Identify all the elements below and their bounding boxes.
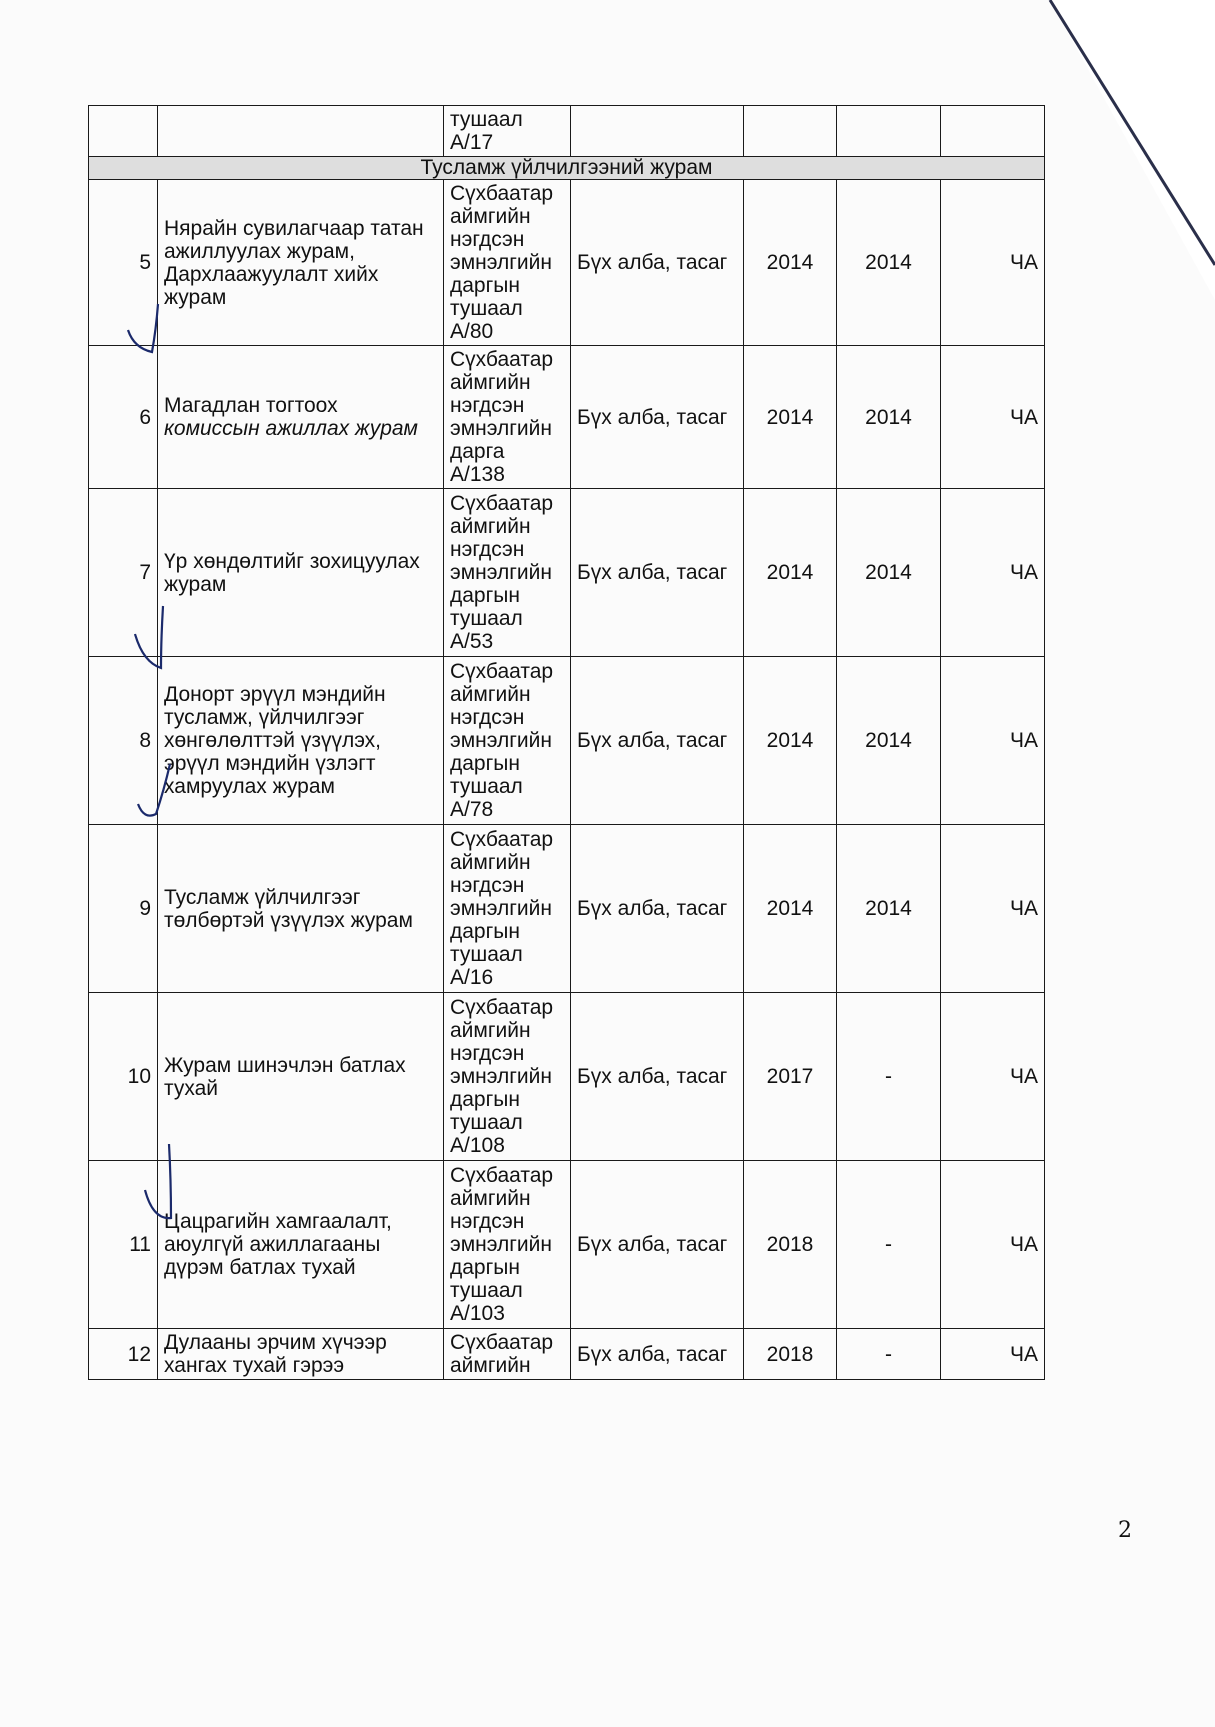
year-approved: 2014 <box>744 346 837 489</box>
year-approved: 2017 <box>744 993 837 1161</box>
row-number: 8 <box>89 657 158 825</box>
table-row: 5 Нярайн сувилагчаар татан ажиллуулах жу… <box>89 180 1045 346</box>
table-row: 11 Цацрагийн хамгаалалт, аюулгүй ажиллаг… <box>89 1161 1045 1329</box>
year-approved: 2018 <box>744 1161 837 1329</box>
department-cell: Бүх алба, тасаг <box>571 657 744 825</box>
year-approved: 2014 <box>744 180 837 346</box>
table-row-partial: тушаал А/17 <box>89 106 1045 157</box>
year-approved: 2014 <box>744 825 837 993</box>
table-row: 10 Журам шинэчлэн батлах тухай Сүхбаатар… <box>89 993 1045 1161</box>
order-cell: Сүхбаатар аймгийн нэгдсэн эмнэлгийн дарг… <box>444 346 571 489</box>
status-cell: ЧА <box>941 657 1045 825</box>
table-row: 6 Магадлан тогтоохкомиссын ажиллах журам… <box>89 346 1045 489</box>
year-updated: 2014 <box>837 825 941 993</box>
order-cell: Сүхбаатар аймгийн <box>444 1329 571 1380</box>
order-cell: Сүхбаатар аймгийн нэгдсэн эмнэлгийн дарг… <box>444 1161 571 1329</box>
department-cell: Бүх алба, тасаг <box>571 1161 744 1329</box>
regulation-name: Цацрагийн хамгаалалт, аюулгүй ажиллагаан… <box>158 1161 444 1329</box>
status-cell: ЧА <box>941 1161 1045 1329</box>
status-cell: ЧА <box>941 825 1045 993</box>
year-updated: - <box>837 1329 941 1380</box>
row-number: 11 <box>89 1161 158 1329</box>
year-updated: 2014 <box>837 657 941 825</box>
row-number: 10 <box>89 993 158 1161</box>
section-title: Тусламж үйлчилгээний журам <box>89 157 1045 180</box>
order-cell: Сүхбаатар аймгийн нэгдсэн эмнэлгийн дарг… <box>444 825 571 993</box>
regulations-table: тушаал А/17 Тусламж үйлчилгээний журам 5… <box>88 105 1045 1380</box>
department-cell: Бүх алба, тасаг <box>571 825 744 993</box>
status-cell: ЧА <box>941 1329 1045 1380</box>
row-number: 9 <box>89 825 158 993</box>
regulation-name: Донорт эрүүл мэндийн тусламж, үйлчилгээг… <box>158 657 444 825</box>
year-updated: 2014 <box>837 180 941 346</box>
order-cell: Сүхбаатар аймгийн нэгдсэн эмнэлгийн дарг… <box>444 657 571 825</box>
status-cell: ЧА <box>941 346 1045 489</box>
regulation-name: Нярайн сувилагчаар татан ажиллуулах жура… <box>158 180 444 346</box>
department-cell: Бүх алба, тасаг <box>571 180 744 346</box>
year-updated: 2014 <box>837 489 941 657</box>
status-cell: ЧА <box>941 489 1045 657</box>
table-row: 7 Үр хөндөлтийг зохицуулах журам Сүхбаат… <box>89 489 1045 657</box>
page-number: 2 <box>1118 1518 1132 1543</box>
order-cell: Сүхбаатар аймгийн нэгдсэн эмнэлгийн дарг… <box>444 489 571 657</box>
year-updated: - <box>837 993 941 1161</box>
regulation-name: Үр хөндөлтийг зохицуулах журам <box>158 489 444 657</box>
year-approved: 2018 <box>744 1329 837 1380</box>
regulation-name: Тусламж үйлчилгээг төлбөртэй үзүүлэх жур… <box>158 825 444 993</box>
order-cell: Сүхбаатар аймгийн нэгдсэн эмнэлгийн дарг… <box>444 993 571 1161</box>
department-cell: Бүх алба, тасаг <box>571 489 744 657</box>
status-cell: ЧА <box>941 180 1045 346</box>
year-approved: 2014 <box>744 489 837 657</box>
regulation-name: Журам шинэчлэн батлах тухай <box>158 993 444 1161</box>
row-number: 7 <box>89 489 158 657</box>
table-row: 9 Тусламж үйлчилгээг төлбөртэй үзүүлэх ж… <box>89 825 1045 993</box>
regulation-name: Магадлан тогтоохкомиссын ажиллах журам <box>158 346 444 489</box>
order-cell: Сүхбаатар аймгийн нэгдсэн эмнэлгийн дарг… <box>444 180 571 346</box>
table-row: 12 Дулааны эрчим хүчээр хангах тухай гэр… <box>89 1329 1045 1380</box>
year-approved: 2014 <box>744 657 837 825</box>
year-updated: 2014 <box>837 346 941 489</box>
department-cell: Бүх алба, тасаг <box>571 1329 744 1380</box>
order-cell: тушаал А/17 <box>444 106 571 157</box>
row-number: 5 <box>89 180 158 346</box>
regulation-name: Дулааны эрчим хүчээр хангах тухай гэрээ <box>158 1329 444 1380</box>
department-cell: Бүх алба, тасаг <box>571 993 744 1161</box>
section-header-row: Тусламж үйлчилгээний журам <box>89 157 1045 180</box>
row-number: 12 <box>89 1329 158 1380</box>
row-number: 6 <box>89 346 158 489</box>
year-updated: - <box>837 1161 941 1329</box>
table-row: 8 Донорт эрүүл мэндийн тусламж, үйлчилгэ… <box>89 657 1045 825</box>
status-cell: ЧА <box>941 993 1045 1161</box>
department-cell: Бүх алба, тасаг <box>571 346 744 489</box>
